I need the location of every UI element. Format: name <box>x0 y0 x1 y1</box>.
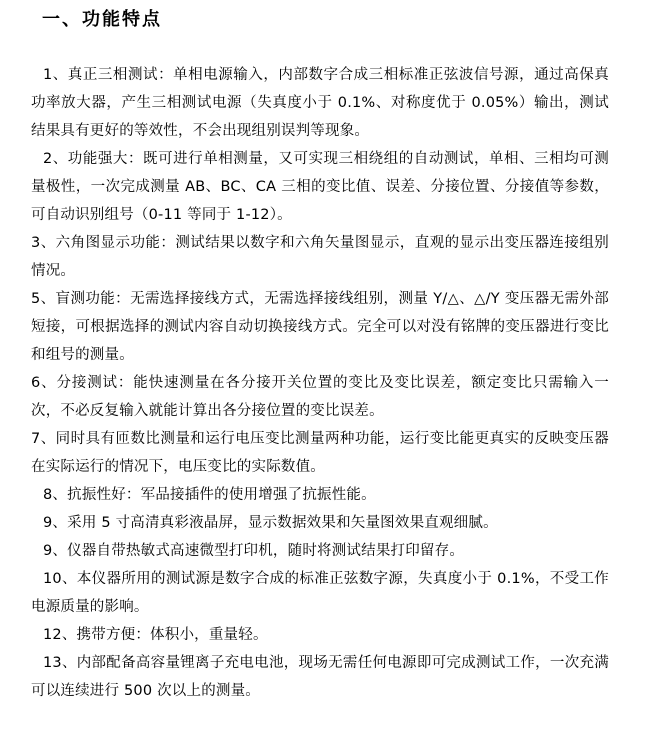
feature-item: 12、携带方便：体积小，重量轻。 <box>31 621 609 649</box>
feature-item: 6、分接测试：能快速测量在各分接开关位置的变比及变比误差，额定变比只需输入一次，… <box>31 369 609 425</box>
feature-item: 1、真正三相测试：单相电源输入，内部数字合成三相标准正弦波信号源，通过高保真功率… <box>31 61 609 145</box>
feature-item: 7、同时具有匝数比测量和运行电压变比测量两种功能，运行变比能更真实的反映变压器在… <box>31 425 609 481</box>
section-title: 一、功能特点 <box>42 8 609 32</box>
feature-item: 10、本仪器所用的测试源是数字合成的标准正弦数字源，失真度小于 0.1%，不受工… <box>31 565 609 621</box>
feature-item: 8、抗振性好：军品接插件的使用增强了抗振性能。 <box>31 481 609 509</box>
feature-item: 5、盲测功能：无需选择接线方式，无需选择接线组别，测量 Y/△、△/Y 变压器无… <box>31 285 609 369</box>
feature-item: 2、功能强大：既可进行单相测量，又可实现三相绕组的自动测试，单相、三相均可测量极… <box>31 145 609 229</box>
document-page: 一、功能特点 1、真正三相测试：单相电源输入，内部数字合成三相标准正弦波信号源，… <box>0 0 647 747</box>
feature-list: 1、真正三相测试：单相电源输入，内部数字合成三相标准正弦波信号源，通过高保真功率… <box>31 61 609 705</box>
feature-item: 9、采用 5 寸高清真彩液晶屏，显示数据效果和矢量图效果直观细腻。 <box>31 509 609 537</box>
feature-item: 9、仪器自带热敏式高速微型打印机，随时将测试结果打印留存。 <box>31 537 609 565</box>
feature-item: 13、内部配备高容量锂离子充电电池，现场无需任何电源即可完成测试工作，一次充满可… <box>31 649 609 705</box>
feature-item: 3、六角图显示功能：测试结果以数字和六角矢量图显示，直观的显示出变压器连接组别情… <box>31 229 609 285</box>
